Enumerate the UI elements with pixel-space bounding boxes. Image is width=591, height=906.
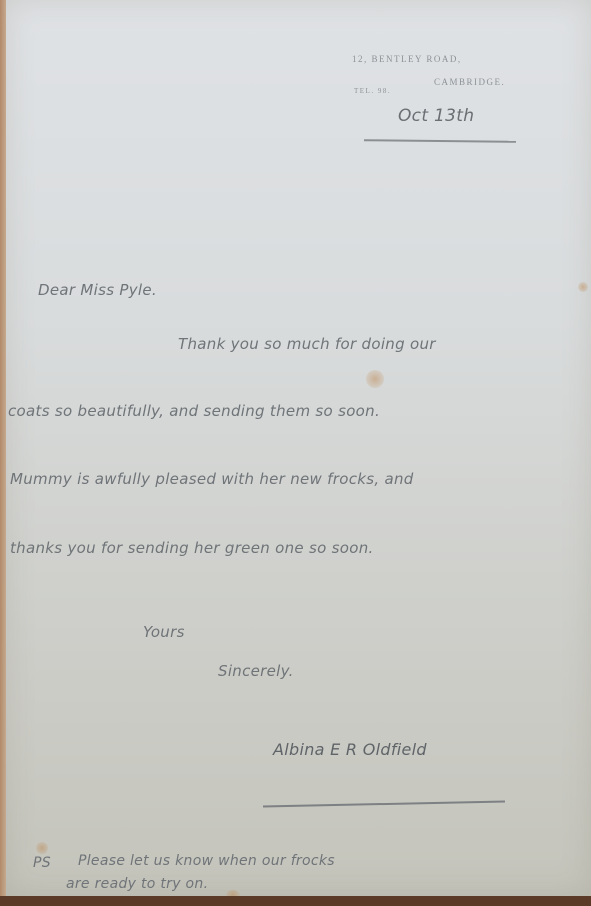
salutation: Dear Miss Pyle. bbox=[38, 281, 157, 299]
paper-stain bbox=[36, 842, 48, 854]
postscript-line: Please let us know when our frocks bbox=[78, 853, 335, 869]
body-line: coats so beautifully, and sending them s… bbox=[8, 402, 380, 420]
paper-stain bbox=[366, 370, 384, 388]
letter-page bbox=[6, 0, 591, 896]
postscript-line: are ready to try on. bbox=[66, 876, 208, 892]
closing-yours: Yours bbox=[143, 623, 185, 641]
body-line: thanks you for sending her green one so … bbox=[10, 539, 374, 557]
letter-date: Oct 13th bbox=[398, 106, 474, 126]
letterhead-address-city: Cambridge. bbox=[434, 77, 505, 87]
body-line: Mummy is awfully pleased with her new fr… bbox=[10, 470, 414, 488]
paper-stain bbox=[578, 282, 588, 292]
letterhead-telephone: Tel. 98. bbox=[354, 87, 391, 95]
closing-sincerely: Sincerely. bbox=[218, 662, 294, 680]
postscript-label: PS bbox=[33, 855, 51, 871]
body-line: Thank you so much for doing our bbox=[178, 335, 436, 353]
wood-surface bbox=[0, 896, 591, 906]
signature: Albina E R Oldfield bbox=[273, 740, 427, 759]
letterhead-address-street: 12, Bentley Road, bbox=[352, 54, 462, 64]
